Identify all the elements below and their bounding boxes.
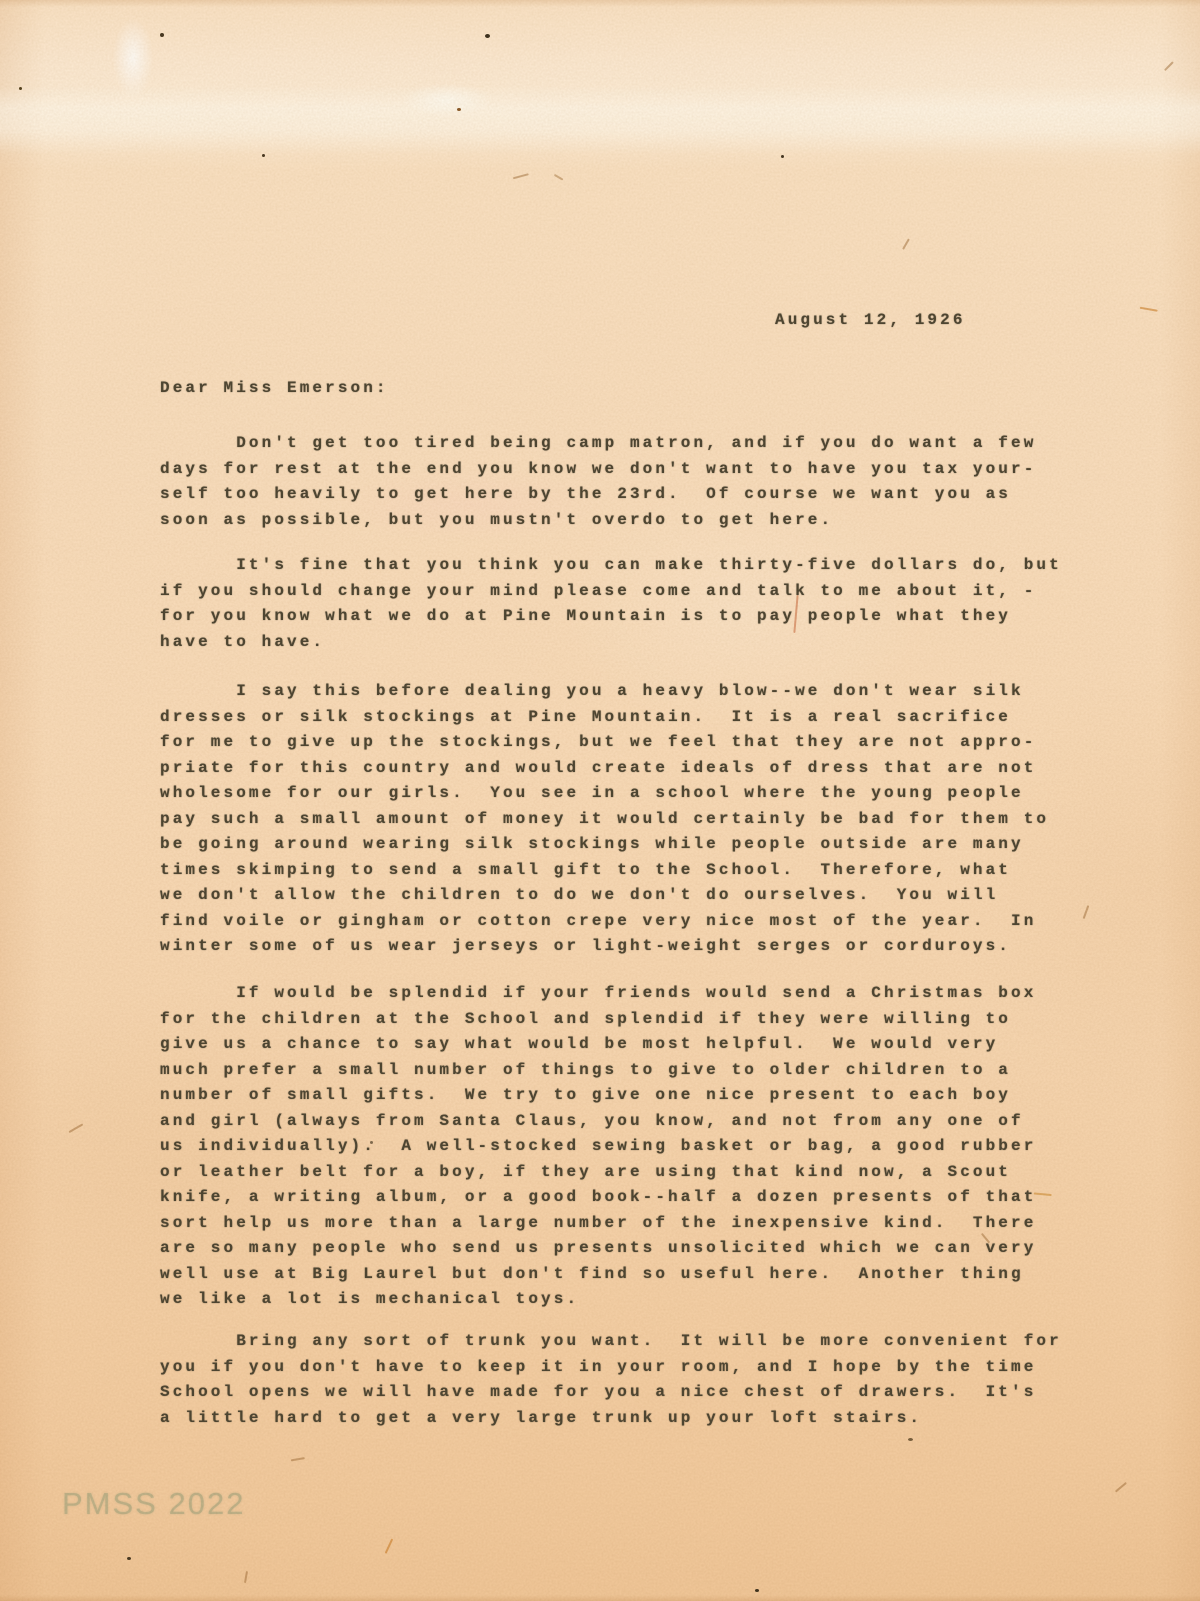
paper-fiber (1034, 1192, 1052, 1195)
paper-fiber (1164, 61, 1174, 71)
paper-speck (160, 33, 164, 37)
paper-fiber (244, 1571, 248, 1583)
paper-speck (127, 1557, 131, 1560)
letter-paragraph-4: If would be splendid if your friends wou… (160, 981, 1036, 1313)
paper-speck (755, 1589, 759, 1592)
letter-paragraph-2: It's fine that you think you can make th… (160, 553, 1062, 655)
letter-salutation: Dear Miss Emerson: (160, 376, 389, 402)
letter-page: August 12, 1926 Dear Miss Emerson: Don't… (0, 0, 1200, 1601)
paper-speck (485, 34, 490, 38)
letter-paragraph-3: I say this before dealing you a heavy bl… (160, 679, 1049, 960)
paper-fiber (1140, 307, 1158, 312)
paper-speck (908, 1438, 913, 1441)
paper-fiber (513, 173, 529, 179)
paper-speck (781, 155, 784, 158)
archive-watermark: PMSS 2022 (62, 1486, 245, 1522)
paper-speck (262, 154, 265, 157)
paper-fiber (1083, 905, 1089, 919)
paper-fiber (1115, 1482, 1127, 1492)
paper-speck (19, 87, 22, 90)
paper-speck (457, 108, 461, 111)
paper-fiber (68, 1123, 83, 1132)
letter-paragraph-1: Don't get too tired being camp matron, a… (160, 431, 1036, 533)
letter-paragraph-5: Bring any sort of trunk you want. It wil… (160, 1329, 1062, 1431)
paper-fiber (554, 174, 563, 180)
paper-fiber (291, 1457, 305, 1461)
letter-date: August 12, 1926 (775, 308, 966, 334)
paper-fiber (385, 1538, 393, 1553)
paper-fiber (902, 238, 909, 249)
